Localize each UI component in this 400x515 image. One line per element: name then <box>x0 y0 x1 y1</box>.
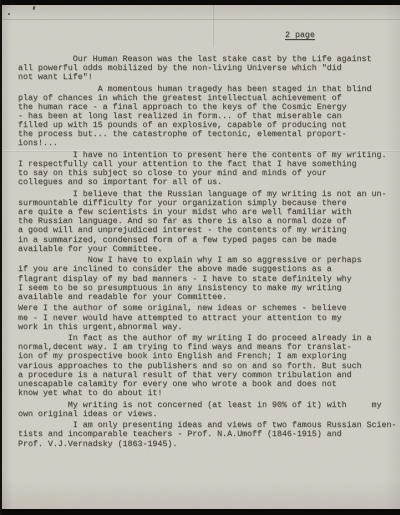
page-number-label: 2 page <box>285 31 315 40</box>
letter-paragraph: Our Human Reason was the last stake cast… <box>18 55 396 82</box>
letter-paragraph: A momentous human tragedy has been stage… <box>18 85 396 149</box>
scan-edge-bottom <box>0 509 400 515</box>
scanned-letter-page: 2 page Our Human Reason was the last sta… <box>0 0 400 515</box>
letter-paragraph: I have no intention to present here the … <box>18 151 396 187</box>
letter-paragraph: Were I the author of some original, new … <box>18 304 396 331</box>
letter-paragraph: Now I have to explain why I am so aggres… <box>18 256 396 301</box>
letter-paragraph: My writing is not concerned (at least in… <box>18 401 396 419</box>
letter-paragraph: In fact as the author of my writing I do… <box>18 334 396 398</box>
paper-crease-vertical <box>213 5 214 47</box>
scan-edge-top <box>0 0 400 5</box>
letter-body: Our Human Reason was the last stake cast… <box>18 55 396 451</box>
letter-paragraph: I believe that the Russian language of m… <box>18 190 396 254</box>
letter-paragraph: I am only presenting ideas and views of … <box>18 421 396 448</box>
scan-edge-left <box>0 0 2 515</box>
paper-speck <box>33 6 36 10</box>
paper-crease-top <box>0 19 400 20</box>
paper-speck <box>8 13 10 15</box>
